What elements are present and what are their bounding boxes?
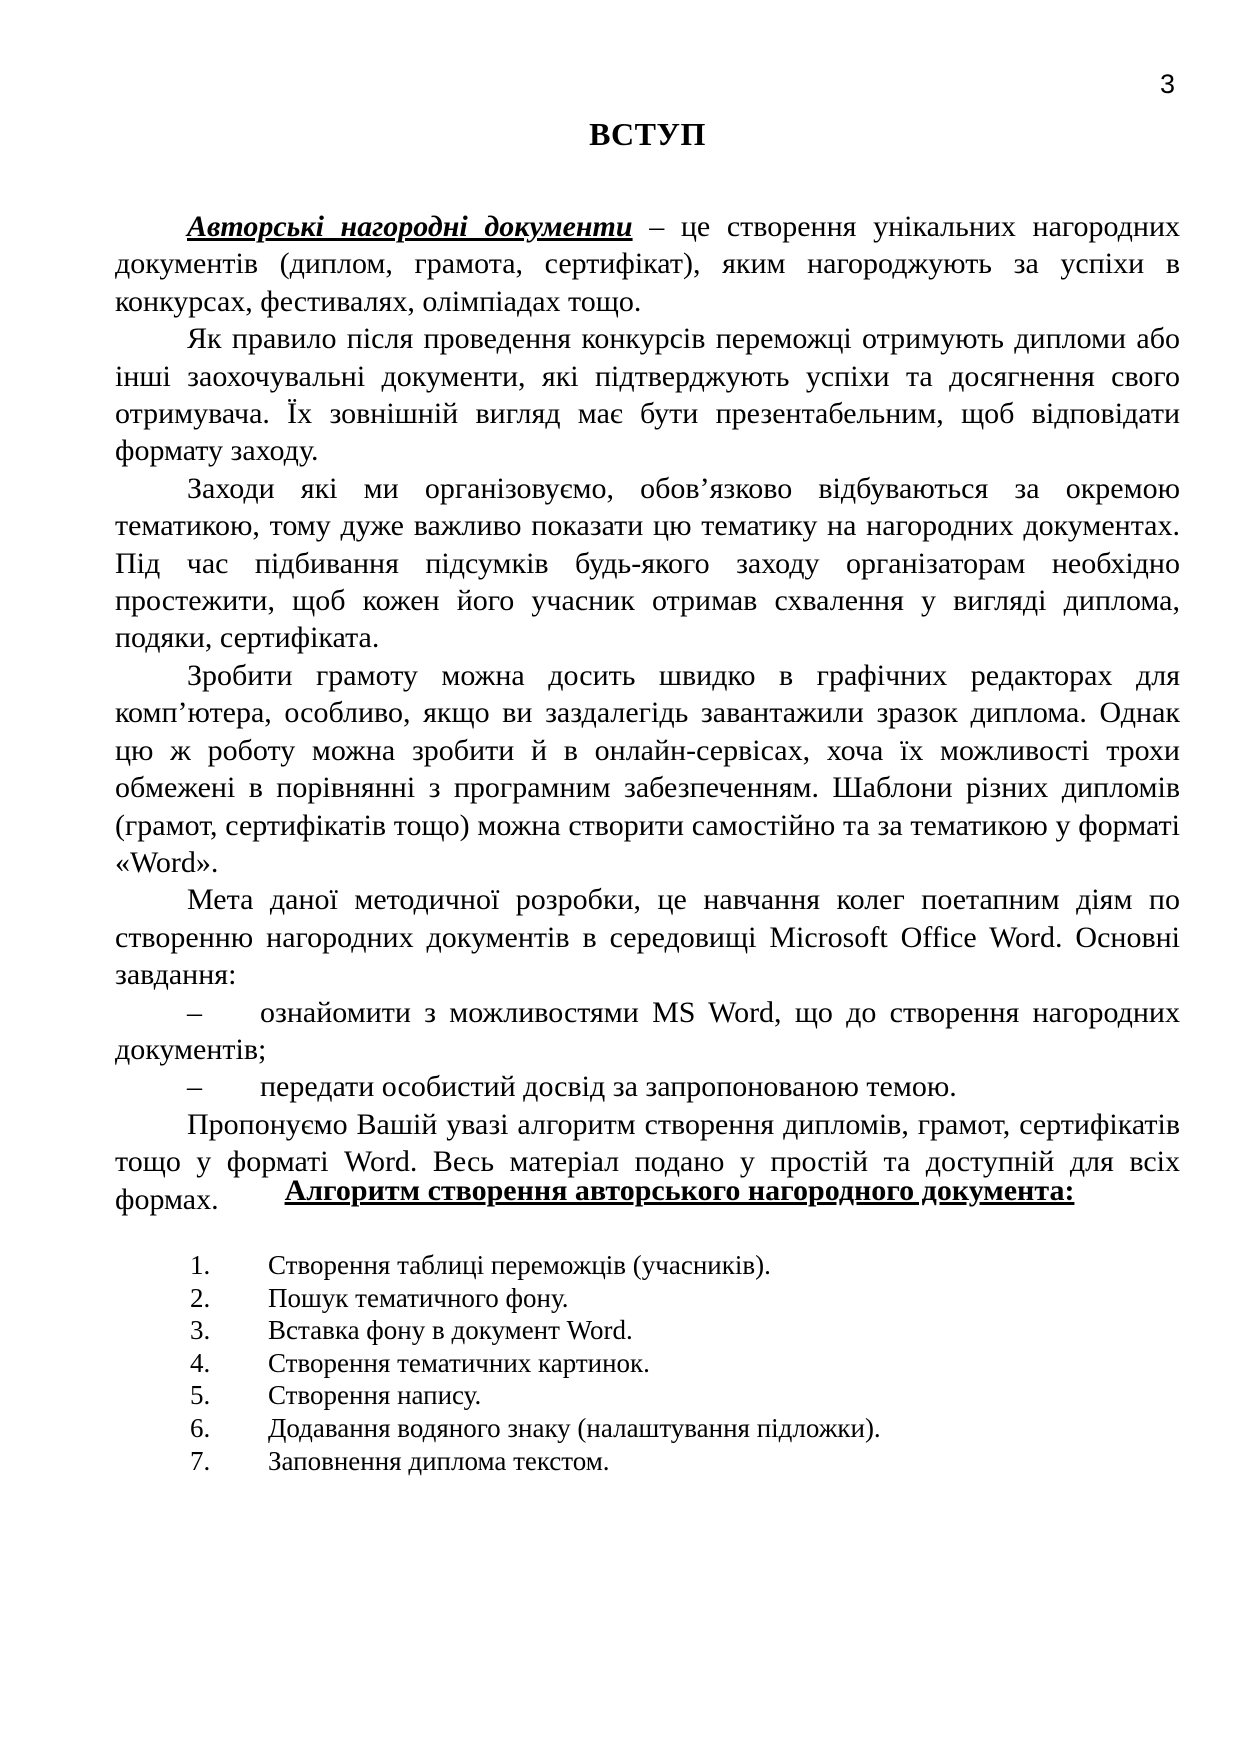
step-text: Створення тематичних картинок. xyxy=(268,1348,650,1378)
algorithm-step: 7.Заповнення диплома текстом. xyxy=(115,1445,1180,1478)
step-number: 3. xyxy=(190,1314,268,1347)
algorithm-step: 4.Створення тематичних картинок. xyxy=(115,1347,1180,1380)
step-text: Створення напису. xyxy=(268,1380,481,1410)
step-number: 1. xyxy=(190,1249,268,1282)
algorithm-step: 3.Вставка фону в документ Word. xyxy=(115,1314,1180,1347)
algorithm-step: 6.Додавання водяного знаку (налаштування… xyxy=(115,1412,1180,1445)
lead-term: Авторські нагородні документи xyxy=(187,210,633,243)
step-number: 2. xyxy=(190,1282,268,1315)
step-number: 4. xyxy=(190,1347,268,1380)
step-number: 6. xyxy=(190,1412,268,1445)
algorithm-step: 2.Пошук тематичного фону. xyxy=(115,1282,1180,1315)
algorithm-heading: Алгоритм створення авторського нагородно… xyxy=(115,1172,1180,1210)
step-text: Заповнення диплома текстом. xyxy=(268,1446,610,1476)
step-text: Пошук тематичного фону. xyxy=(268,1283,569,1313)
dash-marker: – xyxy=(187,996,202,1029)
intro-paragraph: Заходи які ми організовуємо, обов’язково… xyxy=(115,470,1180,657)
intro-paragraph: Як правило після проведення конкурсів пе… xyxy=(115,320,1180,470)
page-number: 3 xyxy=(1160,68,1175,100)
algorithm-step-list: 1.Створення таблиці переможців (учасникі… xyxy=(115,1249,1180,1477)
document-page: 3 ВСТУП Авторські нагородні документи – … xyxy=(0,0,1242,1755)
page-title: ВСТУП xyxy=(115,114,1180,154)
step-number: 5. xyxy=(190,1379,268,1412)
algorithm-step: 5.Створення напису. xyxy=(115,1379,1180,1412)
task-text: передати особистий досвід за запропонова… xyxy=(260,1070,957,1103)
step-number: 7. xyxy=(190,1445,268,1478)
intro-paragraph-lead: Авторські нагородні документи – це створ… xyxy=(115,208,1180,320)
dash-marker: – xyxy=(187,1070,202,1103)
step-text: Додавання водяного знаку (налаштування п… xyxy=(268,1413,881,1443)
task-text: ознайомити з можливостями MS Word, що до… xyxy=(115,996,1180,1066)
body-text: Авторські нагородні документи – це створ… xyxy=(115,208,1180,1218)
step-text: Вставка фону в документ Word. xyxy=(268,1315,633,1345)
algorithm-step: 1.Створення таблиці переможців (учасникі… xyxy=(115,1249,1180,1282)
intro-paragraph: Зробити грамоту можна досить швидко в гр… xyxy=(115,657,1180,881)
task-list-item: –передати особистий досвід за запропонов… xyxy=(115,1068,1180,1105)
step-text: Створення таблиці переможців (учасників)… xyxy=(268,1250,771,1280)
intro-paragraph: Мета даної методичної розробки, це навча… xyxy=(115,881,1180,993)
task-list-item: –ознайомити з можливостями MS Word, що д… xyxy=(115,994,1180,1069)
